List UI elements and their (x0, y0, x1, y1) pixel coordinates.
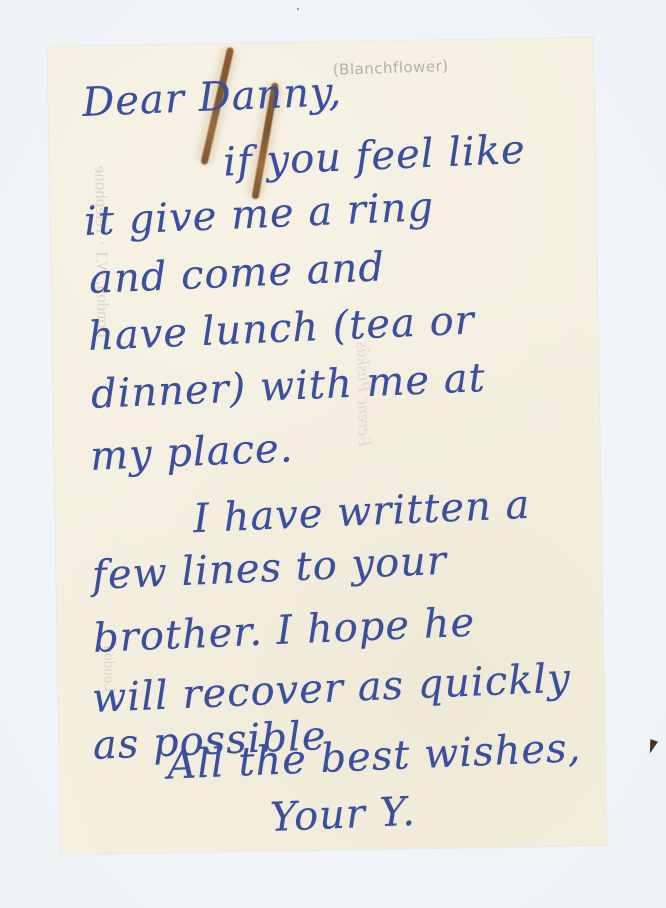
speck-mark (297, 8, 299, 10)
letter-line: my place. (89, 425, 294, 480)
signature: Your Y. (269, 789, 416, 841)
letter-line: and come and (88, 244, 386, 303)
letter-line: brother. I hope he (92, 600, 476, 662)
letter-line: few lines to your (91, 538, 448, 599)
letter-line: have lunch (tea or (87, 297, 476, 359)
pencil-annotation: (Blanchflower) (332, 57, 448, 79)
salutation: Dear Danny, (81, 69, 343, 126)
letter-line: dinner) with me at (90, 355, 486, 418)
note-card: London, W.1 · Telephone Loudon Ferenc Pu… (47, 38, 606, 855)
letter-line: will recover as quickly (91, 655, 572, 721)
letter-line: I have written a (192, 482, 531, 542)
letter-line: it give me a ring (83, 184, 435, 245)
